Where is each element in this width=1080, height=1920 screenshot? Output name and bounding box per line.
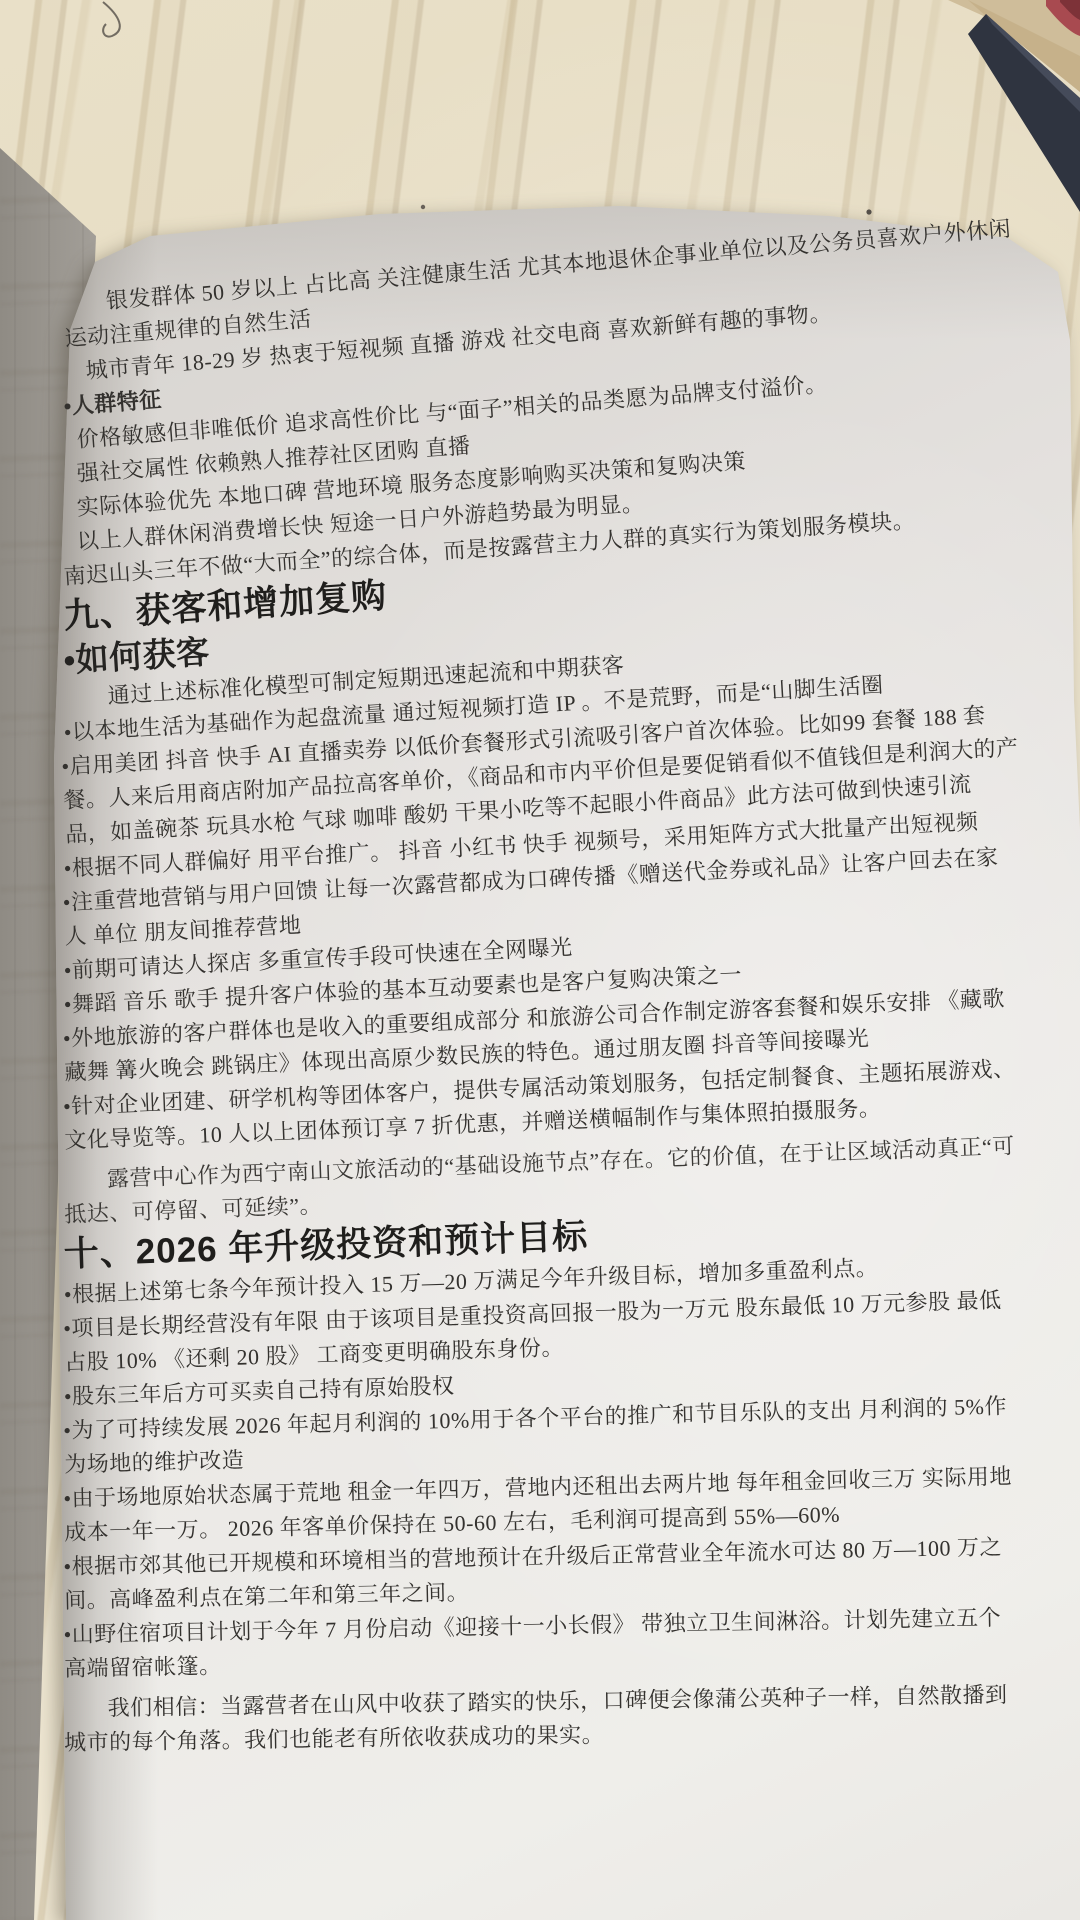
section10-closing: 我们相信：当露营者在山风中收获了踏实的快乐，口碑便会像蒲公英种子一样，自然散播到… — [63, 1678, 1022, 1760]
document-text: 银发群体 50 岁以上 占比高 关注健康生活 尤其本地退休企事业单位以及公务员喜… — [64, 288, 1022, 1760]
photo-scene: 银发群体 50 岁以上 占比高 关注健康生活 尤其本地退休企事业单位以及公务员喜… — [0, 0, 1080, 1920]
